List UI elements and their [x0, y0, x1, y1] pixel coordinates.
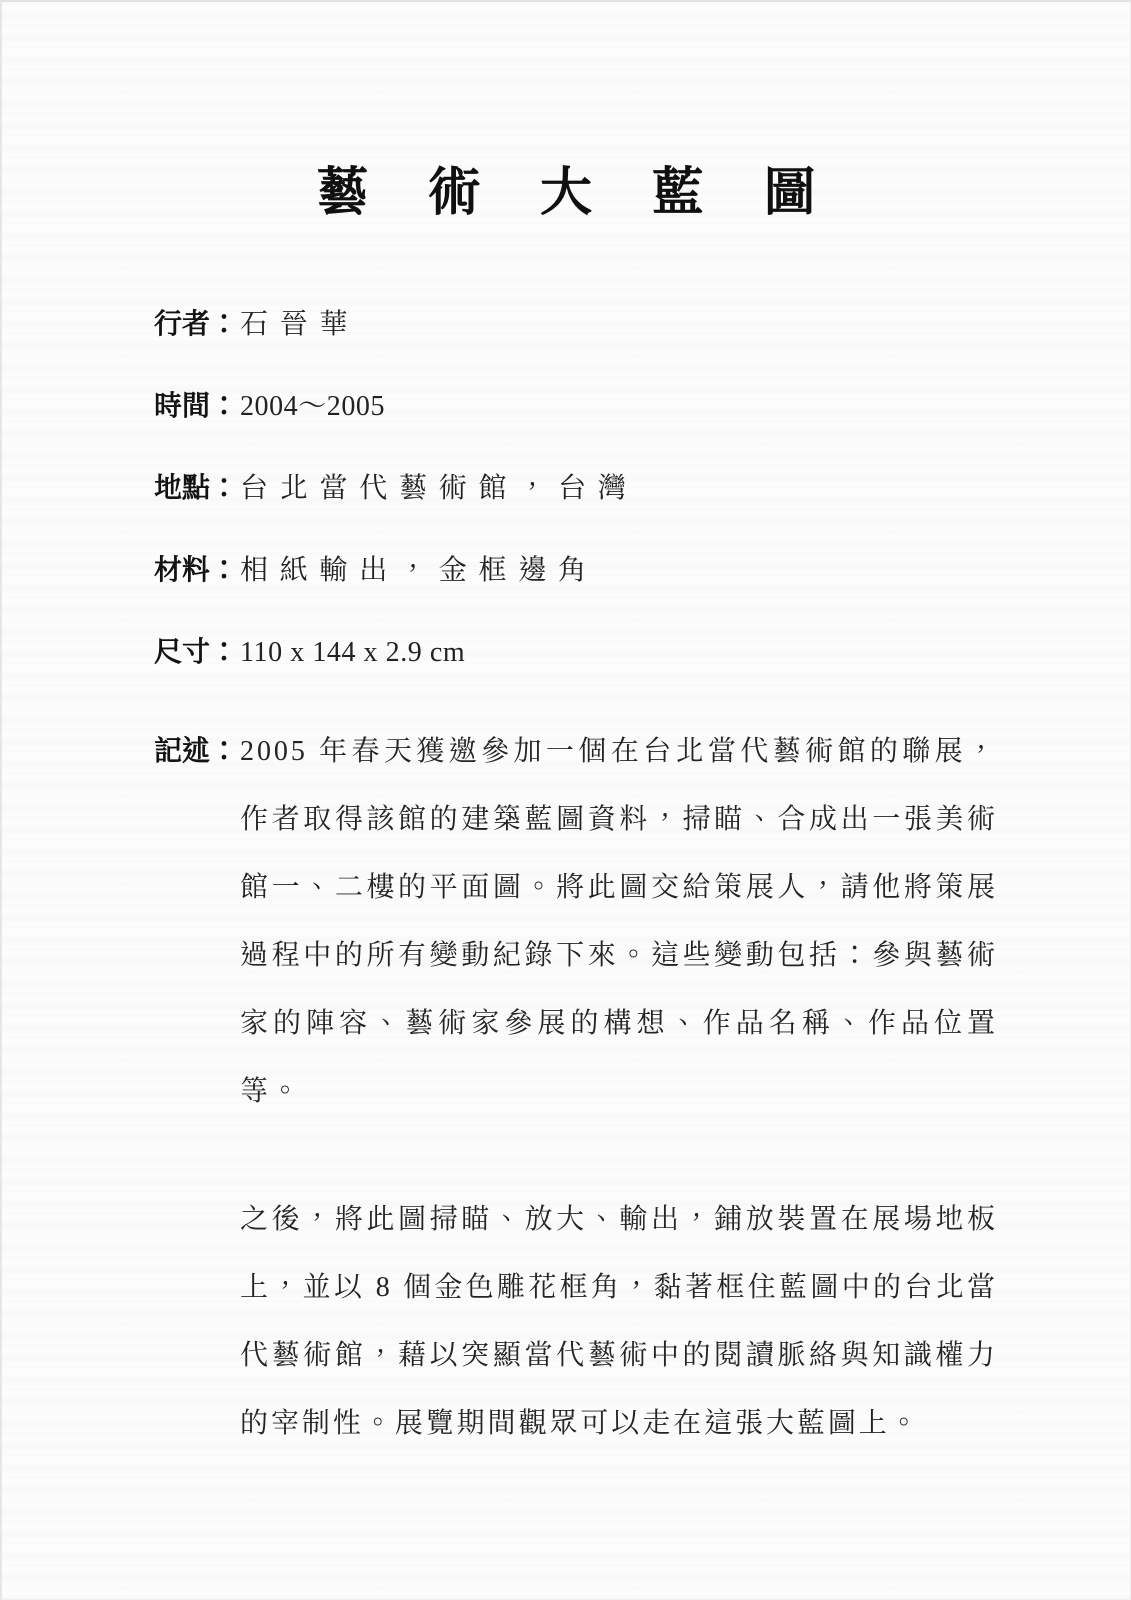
field-value-time: 2004～2005 [240, 390, 385, 424]
description-body: 2005 年春天獲邀參加一個在台北當代藝術館的聯展，作者取得該館的建築藍圖資料，… [240, 718, 998, 1458]
field-row-materials: 材料： 相紙輸出，金框邊角 [154, 554, 999, 588]
field-label-performer: 行者： [154, 308, 240, 342]
field-label-location: 地點： [154, 472, 240, 506]
field-value-performer: 石晉華 [240, 308, 359, 342]
page-title-text: 藝術大藍圖 [316, 165, 875, 222]
field-value-materials: 相紙輸出，金框邊角 [240, 554, 598, 588]
field-label-dimensions: 尺寸： [154, 636, 240, 670]
field-row-description: 記述： 2005 年春天獲邀參加一個在台北當代藝術館的聯展，作者取得該館的建築藍… [154, 718, 999, 1458]
field-label-time: 時間： [154, 390, 240, 424]
field-label-description: 記述： [154, 718, 240, 786]
description-paragraph-2: 之後，將此圖掃瞄、放大、輸出，鋪放裝置在展場地板上，並以 8 個金色雕花框角，黏… [240, 1186, 998, 1458]
description-paragraph-1: 2005 年春天獲邀參加一個在台北當代藝術館的聯展，作者取得該館的建築藍圖資料，… [240, 718, 998, 1126]
field-value-dimensions: 110 x 144 x 2.9 cm [240, 636, 465, 670]
field-value-location: 台北當代藝術館，台灣 [240, 472, 638, 506]
page-title: 藝術大藍圖 [2, 168, 1130, 220]
field-label-materials: 材料： [154, 554, 240, 588]
field-row-dimensions: 尺寸： 110 x 144 x 2.9 cm [154, 636, 999, 670]
field-row-location: 地點： 台北當代藝術館，台灣 [154, 472, 999, 506]
field-row-performer: 行者： 石晉華 [154, 308, 999, 342]
document-page: 藝術大藍圖 行者： 石晉華 時間： 2004～2005 地點： 台北當代藝術館，… [0, 0, 1131, 1600]
field-row-time: 時間： 2004～2005 [154, 390, 999, 424]
fields-section: 行者： 石晉華 時間： 2004～2005 地點： 台北當代藝術館，台灣 材料：… [154, 308, 999, 1458]
